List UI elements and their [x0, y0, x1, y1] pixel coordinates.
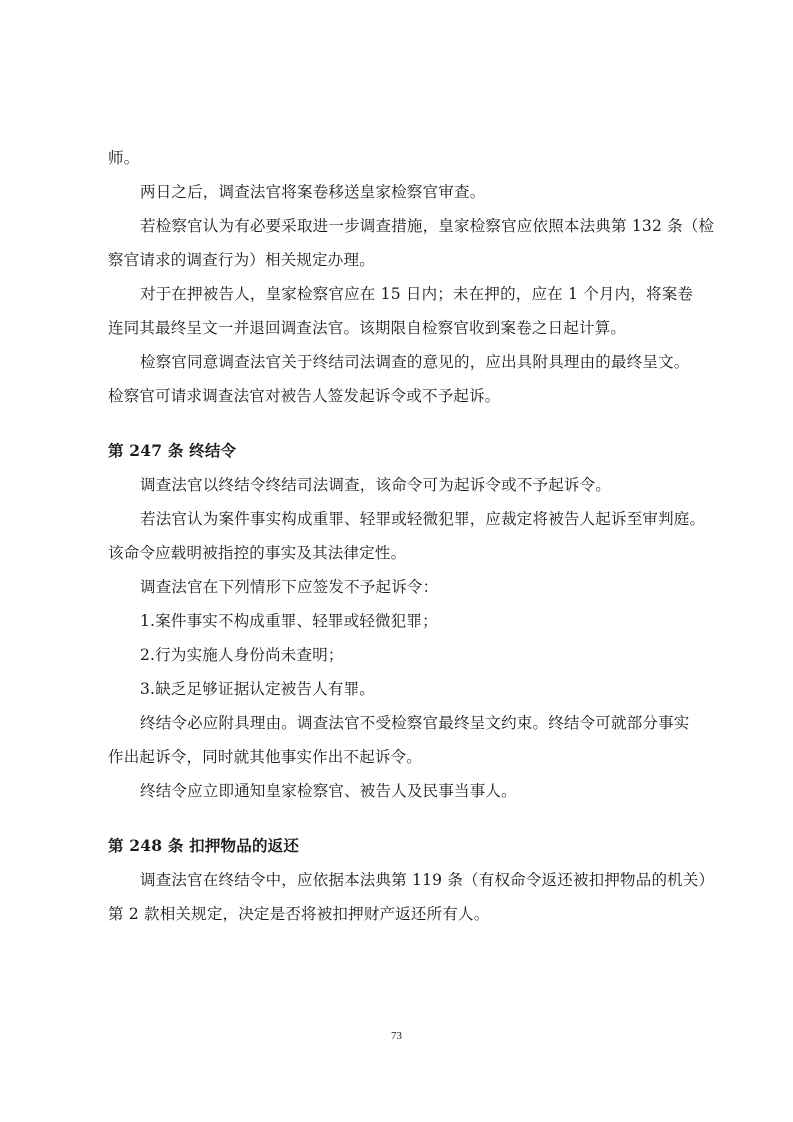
paragraph-line: 该命令应载明被指控的事实及其法律定性。	[108, 543, 406, 563]
paragraph-line: 第 2 款相关规定，决定是否将被扣押财产返还所有人。	[108, 904, 489, 924]
paragraph-line: 终结令必应附具理由。调查法官不受检察官最终呈文约束。终结令可就部分事实	[140, 713, 690, 733]
list-item: 3.缺乏足够证据认定被告人有罪。	[140, 679, 375, 699]
paragraph-line: 察官请求的调查行为）相关规定办理。	[108, 250, 375, 270]
list-item: 1.案件事实不构成重罪、轻罪或轻微犯罪；	[140, 611, 438, 631]
paragraph-line: 调查法官在下列情形下应签发不予起诉令：	[140, 577, 438, 597]
paragraph-line: 调查法官以终结令终结司法调查，该命令可为起诉令或不予起诉令。	[140, 475, 611, 495]
article-247-heading: 第 247 条 终结令	[108, 441, 236, 461]
page-number: 73	[0, 1030, 793, 1042]
paragraph-line: 作出起诉令，同时就其他事实作出不起诉令。	[108, 747, 422, 767]
paragraph-line: 终结令应立即通知皇家检察官、被告人及民事当事人。	[140, 781, 517, 801]
list-item: 2.行为实施人身份尚未查明；	[140, 645, 344, 665]
paragraph-line: 若检察官认为有必要采取进一步调查措施，皇家检察官应依照本法典第 132 条（检	[140, 216, 714, 236]
paragraph-line: 若法官认为案件事实构成重罪、轻罪或轻微犯罪，应裁定将被告人起诉至审判庭。	[140, 509, 705, 529]
paragraph-line: 师。	[108, 148, 139, 168]
paragraph-line: 检察官可请求调查法官对被告人签发起诉令或不予起诉。	[108, 386, 501, 406]
paragraph-line: 连同其最终呈文一并退回调查法官。该期限自检察官收到案卷之日起计算。	[108, 318, 626, 338]
article-248-heading: 第 248 条 扣押物品的返还	[108, 836, 299, 856]
paragraph-line: 检察官同意调查法官关于终结司法调查的意见的，应出具附具理由的最终呈文。	[140, 352, 690, 372]
paragraph-line: 两日之后，调查法官将案卷移送皇家检察官审查。	[140, 182, 485, 202]
paragraph-line: 调查法官在终结令中，应依据本法典第 119 条（有权命令返还被扣押物品的机关）	[140, 870, 714, 890]
paragraph-line: 对于在押被告人，皇家检察官应在 15 日内；未在押的，应在 1 个月内，将案卷	[140, 284, 693, 304]
